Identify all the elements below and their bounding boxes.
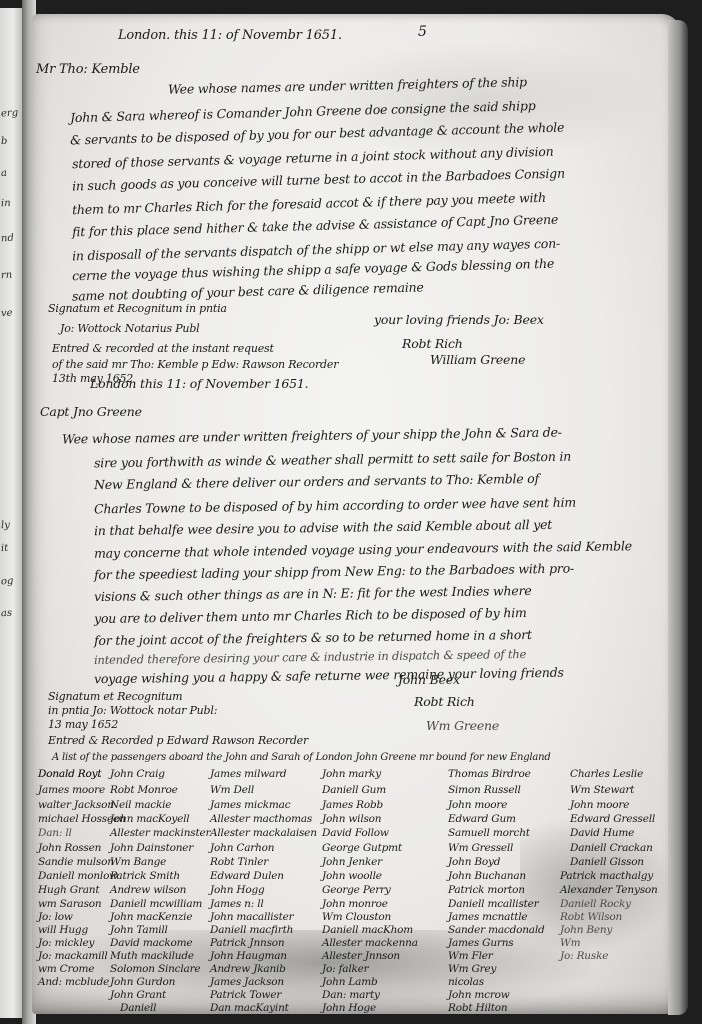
passenger-name: Patrick Jnnson (210, 937, 284, 949)
passenger-name: Wm (560, 937, 580, 949)
passenger-name: nicolas (448, 976, 484, 988)
passenger-name: Wm Gressell (448, 842, 513, 854)
passenger-name: Dan: marty (322, 989, 380, 1001)
passenger-name: Robt Wilson (560, 911, 622, 923)
margin-fragment: as (1, 608, 13, 620)
passenger-name: walter Jackson (38, 799, 114, 811)
passenger-name: Daniell mcwilliam (110, 898, 202, 910)
passenger-name: Wm Clouston (322, 911, 391, 923)
passenger-name: Muth mackilude (110, 950, 194, 962)
page-number: 5 (418, 24, 427, 40)
margin-fragment: erg (1, 108, 19, 120)
passenger-name: John Hogg (210, 884, 265, 896)
passenger-name: James moore (38, 784, 105, 796)
passenger-name: Daniell monlow (38, 870, 118, 882)
passenger-name: Edward Gum (448, 813, 516, 825)
signatory: William Greene (430, 352, 525, 367)
recorded-note: of the said mr Tho: Kemble p Edw: Rawson… (52, 358, 338, 371)
passenger-name: David mackome (110, 937, 192, 949)
page-edge (668, 20, 688, 1015)
passenger-name: Andrew Jkanib (210, 963, 286, 975)
passenger-name: John monroe (322, 898, 388, 910)
passenger-name: Sander macdonald (448, 924, 545, 936)
closing: your loving friends Jo: Beex (374, 312, 544, 327)
passenger-name: Sandie mulson (38, 856, 114, 868)
passenger-name: John Hoge (322, 1002, 376, 1014)
passenger-name: Andrew wilson (110, 884, 186, 896)
margin-fragment: b (1, 136, 8, 147)
passenger-name: James Gurns (448, 937, 514, 949)
passenger-name: Daniell Gisson (570, 856, 644, 868)
passenger-name: John Gurdon (110, 976, 175, 988)
recorded-note: Entred & recorded at the instant request (52, 342, 274, 355)
passenger-name: And: mcblude (38, 976, 109, 988)
passenger-name: Alexander Tenyson (560, 884, 658, 896)
signatory: Wm Greene (426, 718, 499, 733)
passenger-name: Jo: falker (322, 963, 369, 975)
passenger-name: Wm Grey (448, 963, 496, 975)
passenger-name: John Tamill (110, 924, 168, 936)
passenger-name: Edward Gressell (570, 813, 655, 825)
passenger-name: John Rossen (38, 842, 101, 854)
passenger-name: James n: ll (210, 898, 264, 910)
passenger-name: Donald Royt (38, 768, 101, 780)
passenger-name: Daniell macfirth (210, 924, 293, 936)
passenger-name: John Beny (560, 924, 612, 936)
passenger-name: Neil mackie (110, 799, 171, 811)
passenger-name: David Hume (570, 827, 634, 839)
passenger-name: Daniell (120, 1002, 156, 1014)
passenger-name: John Boyd (448, 856, 500, 868)
passenger-name: Robt Monroe (110, 784, 178, 796)
passenger-name: Jo: mickley (38, 937, 94, 949)
margin-fragment: og (1, 576, 14, 588)
passenger-name: James mickmac (210, 799, 290, 811)
margin-fragment: nd (1, 233, 14, 245)
passenger-name: John Carhon (210, 842, 274, 854)
passenger-name: Daniell mcallister (448, 898, 538, 910)
attestation: Signatum et Recognitum in pntia (48, 302, 227, 315)
dateline: London this 11: of November 1651. (90, 376, 308, 391)
passenger-name: James mcnattle (448, 911, 527, 923)
passenger-name: Charles Leslie (570, 768, 643, 780)
facing-page-edge: erg b a in nd rn ve ly it og as (0, 8, 22, 1018)
dateline: London. this 11: of Novembr 1651. (118, 28, 342, 43)
passenger-name: John Craig (110, 768, 165, 780)
attestation: Signatum et Recognitum (48, 690, 182, 703)
notary-signature: in pntia Jo: Wottock notar Publ: (48, 704, 217, 717)
passenger-name: Daniell macKhom (322, 924, 413, 936)
passenger-name: James Jackson (210, 976, 284, 988)
passenger-name: Patrick Smith (110, 870, 180, 882)
recorded-date: 13 may 1652 (48, 718, 118, 731)
passenger-name: Patrick morton (448, 884, 525, 896)
passenger-name: John Dainstoner (110, 842, 193, 854)
passenger-name: David Follow (322, 827, 389, 839)
margin-fragment: ly (1, 520, 10, 531)
passenger-name: Daniell Gum (322, 784, 386, 796)
passenger-name: wm Sarason (38, 898, 102, 910)
passenger-name: John macKenzie (110, 911, 192, 923)
passenger-name: will Hugg (38, 924, 88, 936)
passenger-name: Jo: low (38, 911, 73, 923)
passenger-name: Patrick Tower (210, 989, 281, 1001)
passenger-name: Robt Tinler (210, 856, 268, 868)
passenger-name: John Buchanan (448, 870, 526, 882)
passenger-name: John Lamb (322, 976, 378, 988)
passenger-name: Daniell Crackan (570, 842, 653, 854)
passenger-name: Solomon Sinclare (110, 963, 200, 975)
passenger-name: Hugh Grant (38, 884, 99, 896)
passenger-name: Jo: Ruske (560, 950, 608, 962)
margin-fragment: it (1, 543, 9, 554)
passenger-name: John marky (322, 768, 381, 780)
passenger-list-heading: A list of the passengers aboard the John… (52, 752, 551, 763)
recorded-note: Entred & Recorded p Edward Rawson Record… (48, 734, 308, 747)
passenger-name: James Robb (322, 799, 383, 811)
passenger-name: Allester mackenna (322, 937, 418, 949)
scanned-manuscript: erg b a in nd rn ve ly it og as London. … (0, 0, 702, 1024)
passenger-name: Allester mackalaisen (210, 827, 317, 839)
margin-fragment: ve (1, 308, 13, 320)
margin-fragment: rn (1, 270, 13, 282)
passenger-name: John macKoyell (110, 813, 189, 825)
passenger-name: Wm Fler (448, 950, 493, 962)
passenger-name: Wm Dell (210, 784, 254, 796)
passenger-name: Daniell Rocky (560, 898, 631, 910)
passenger-name: John mcrow (448, 989, 510, 1001)
passenger-name: Patrick macthalgy (560, 870, 653, 882)
passenger-name: Robt Hilton (448, 1002, 507, 1014)
passenger-name: Jo: mackamill (38, 950, 108, 962)
passenger-name: Allester mackinster (110, 827, 210, 839)
passenger-name: John Jenker (322, 856, 382, 868)
passenger-name: John moore (448, 799, 507, 811)
passenger-name: John woolle (322, 870, 382, 882)
passenger-name: Allester Jnnson (322, 950, 400, 962)
signatory: John Beex (398, 672, 460, 687)
addressee: Capt Jno Greene (40, 404, 142, 419)
passenger-name: John moore (570, 799, 629, 811)
passenger-name: John Haugman (210, 950, 287, 962)
passenger-name: James milward (210, 768, 286, 780)
passenger-name: Dan: ll (38, 827, 72, 839)
passenger-name: Thomas Birdroe (448, 768, 531, 780)
passenger-name: Samuell morcht (448, 827, 530, 839)
passenger-name: wm Crome (38, 963, 94, 975)
passenger-name: John macallister (210, 911, 293, 923)
passenger-name: Dan macKayint (210, 1002, 289, 1014)
passenger-name: George Perry (322, 884, 391, 896)
passenger-name: Wm Bange (110, 856, 166, 868)
passenger-name: Allester macthomas (210, 813, 312, 825)
passenger-name: Edward Dulen (210, 870, 284, 882)
margin-fragment: in (1, 198, 11, 209)
passenger-name: John wilson (322, 813, 381, 825)
signatory: Robt Rich (402, 336, 463, 351)
passenger-name: Simon Russell (448, 784, 521, 796)
passenger-name: Wm Stewart (570, 784, 634, 796)
signatory: Robt Rich (414, 694, 475, 709)
notary-signature: Jo: Wottock Notarius Publ (60, 322, 199, 335)
passenger-name: George Gutpmt (322, 842, 402, 854)
passenger-name: John Grant (110, 989, 166, 1001)
addressee: Mr Tho: Kemble (36, 62, 140, 77)
margin-fragment: a (1, 168, 8, 179)
